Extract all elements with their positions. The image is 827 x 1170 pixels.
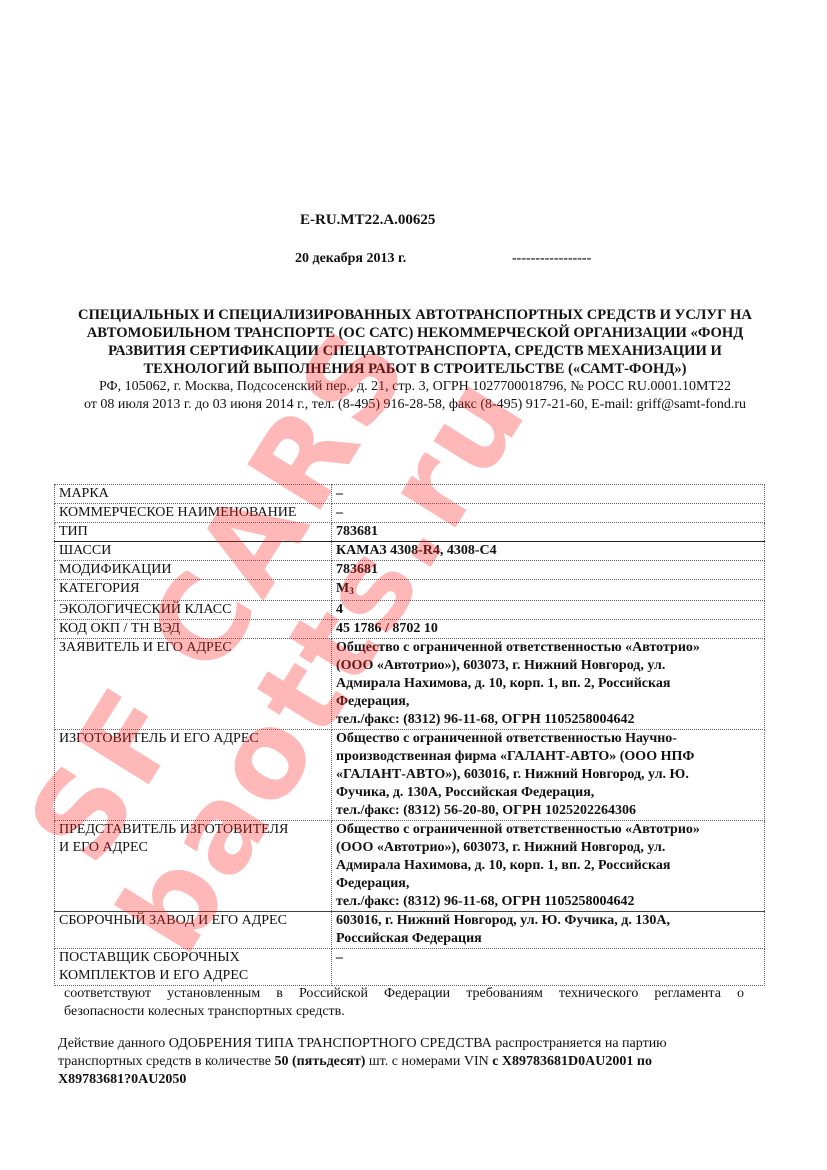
field-value-line: Федерация, — [336, 693, 760, 711]
field-value-line: Общество с ограниченной ответственностью… — [336, 821, 760, 839]
table-row: ЗАЯВИТЕЛЬ И ЕГО АДРЕСОбщество с ограниче… — [55, 639, 765, 730]
document-date: 20 декабря 2013 г. — [295, 251, 406, 267]
field-value: 783681 — [332, 561, 765, 580]
table-row: ШАССИКАМАЗ 4308-R4, 4308-C4 — [55, 542, 765, 561]
field-value-line: Федерация, — [336, 875, 760, 893]
field-value: – — [332, 485, 765, 504]
field-value: M3 — [332, 580, 765, 601]
field-label-line: КОМПЛЕКТОВ И ЕГО АДРЕС — [59, 967, 327, 985]
field-label-line: ТИП — [59, 523, 327, 541]
table-row: ПОСТАВЩИК СБОРОЧНЫХКОМПЛЕКТОВ И ЕГО АДРЕ… — [55, 949, 765, 986]
field-value: 4 — [332, 601, 765, 620]
field-label: МОДИФИКАЦИИ — [55, 561, 332, 580]
field-value-text: 783681 — [336, 524, 378, 539]
field-label: ПРЕДСТАВИТЕЛЬ ИЗГОТОВИТЕЛЯИ ЕГО АДРЕС — [55, 821, 332, 912]
field-value-text: 783681 — [336, 562, 378, 577]
table-row: ТИП783681 — [55, 523, 765, 542]
organization-address: РФ, 105062, г. Москва, Подсосенский пер.… — [20, 378, 810, 396]
organization-title-line: РАЗВИТИЯ СЕРТИФИКАЦИИ СПЕЦАВТОТРАНСПОРТА… — [60, 342, 770, 360]
field-value: 783681 — [332, 523, 765, 542]
field-value-subscript: 3 — [349, 586, 354, 596]
field-value-text: – — [336, 950, 343, 965]
field-value-line: Российская Федерация — [336, 930, 760, 948]
organization-title-line: АВТОМОБИЛЬНОМ ТРАНСПОРТЕ (ОС САТС) НЕКОМ… — [60, 324, 770, 342]
field-value: Общество с ограниченной ответственностью… — [332, 821, 765, 912]
field-value: – — [332, 504, 765, 523]
table-row: КАТЕГОРИЯM3 — [55, 580, 765, 601]
field-value-line: (ООО «Автотрио»), 603073, г. Нижний Новг… — [336, 657, 760, 675]
field-label-line: И ЕГО АДРЕС — [59, 839, 327, 857]
field-label: КАТЕГОРИЯ — [55, 580, 332, 601]
field-label: КОММЕРЧЕСКОЕ НАИМЕНОВАНИЕ — [55, 504, 332, 523]
field-label: ЗАЯВИТЕЛЬ И ЕГО АДРЕС — [55, 639, 332, 730]
conformity-statement: соответствуют установленным в Российской… — [64, 985, 744, 1021]
field-label-line: МАРКА — [59, 485, 327, 503]
document-number: E-RU.MT22.A.00625 — [300, 212, 435, 229]
organization-title: СПЕЦИАЛЬНЫХ И СПЕЦИАЛИЗИРОВАННЫХ АВТОТРА… — [20, 306, 810, 378]
field-value: КАМАЗ 4308-R4, 4308-C4 — [332, 542, 765, 561]
field-label: МАРКА — [55, 485, 332, 504]
field-value-line: тел./факс: (8312) 96-11-68, ОГРН 1105258… — [336, 893, 760, 911]
field-value-text: – — [336, 505, 343, 520]
field-label-line: ШАССИ — [59, 542, 327, 560]
field-label-line: СБОРОЧНЫЙ ЗАВОД И ЕГО АДРЕС — [59, 912, 327, 930]
table-row: СБОРОЧНЫЙ ЗАВОД И ЕГО АДРЕС603016, г. Ни… — [55, 912, 765, 949]
field-value-line: Общество с ограниченной ответственностью… — [336, 639, 760, 657]
field-value-text: КАМАЗ 4308-R4, 4308-C4 — [336, 543, 497, 558]
field-label: ЭКОЛОГИЧЕСКИЙ КЛАСС — [55, 601, 332, 620]
organization-block: СПЕЦИАЛЬНЫХ И СПЕЦИАЛИЗИРОВАННЫХ АВТОТРА… — [20, 306, 810, 414]
field-label: ШАССИ — [55, 542, 332, 561]
field-label: КОД ОКП / ТН ВЭД — [55, 620, 332, 639]
field-value: Общество с ограниченной ответственностью… — [332, 730, 765, 821]
specification-table: МАРКА–КОММЕРЧЕСКОЕ НАИМЕНОВАНИЕ–ТИП78368… — [54, 484, 765, 986]
field-label: СБОРОЧНЫЙ ЗАВОД И ЕГО АДРЕС — [55, 912, 332, 949]
field-value-line: Общество с ограниченной ответственностью… — [336, 730, 760, 748]
vin-range-start: с X89783681D0AU2001 по — [492, 1054, 652, 1069]
table-row: ЭКОЛОГИЧЕСКИЙ КЛАСС4 — [55, 601, 765, 620]
field-label-line: КОД ОКП / ТН ВЭД — [59, 620, 327, 638]
field-label-line: ПРЕДСТАВИТЕЛЬ ИЗГОТОВИТЕЛЯ — [59, 821, 327, 839]
validity-line: Действие данного ОДОБРЕНИЯ ТИПА ТРАНСПОР… — [58, 1035, 758, 1053]
table-row: ИЗГОТОВИТЕЛЬ И ЕГО АДРЕСОбщество с огран… — [55, 730, 765, 821]
field-value-line: (ООО «Автотрио»), 603073, г. Нижний Новг… — [336, 839, 760, 857]
table-row: МОДИФИКАЦИИ783681 — [55, 561, 765, 580]
organization-title-line: ТЕХНОЛОГИЙ ВЫПОЛНЕНИЯ РАБОТ В СТРОИТЕЛЬС… — [60, 360, 770, 378]
field-label: ПОСТАВЩИК СБОРОЧНЫХКОМПЛЕКТОВ И ЕГО АДРЕ… — [55, 949, 332, 986]
conformity-line: соответствуют установленным в Российской… — [64, 985, 744, 1003]
field-value-line: Адмирала Нахимова, д. 10, корп. 1, вп. 2… — [336, 675, 760, 693]
field-label: ТИП — [55, 523, 332, 542]
conformity-line: безопасности колесных транспортных средс… — [64, 1003, 744, 1021]
vehicle-quantity: 50 (пятьдесят) — [275, 1054, 366, 1069]
field-label-line: ПОСТАВЩИК СБОРОЧНЫХ — [59, 949, 327, 967]
table-row: КОММЕРЧЕСКОЕ НАИМЕНОВАНИЕ– — [55, 504, 765, 523]
field-label-line: ИЗГОТОВИТЕЛЬ И ЕГО АДРЕС — [59, 730, 327, 748]
field-value-text: 4 — [336, 602, 343, 617]
field-value-line: Адмирала Нахимова, д. 10, корп. 1, вп. 2… — [336, 857, 760, 875]
field-value: 45 1786 / 8702 10 — [332, 620, 765, 639]
field-label-line: КАТЕГОРИЯ — [59, 580, 327, 598]
field-value: – — [332, 949, 765, 986]
validity-line: транспортных средств в количестве 50 (пя… — [58, 1053, 758, 1071]
field-label: ИЗГОТОВИТЕЛЬ И ЕГО АДРЕС — [55, 730, 332, 821]
date-placeholder-dashes: ----------------- — [512, 251, 591, 267]
field-label-line: ЭКОЛОГИЧЕСКИЙ КЛАСС — [59, 601, 327, 619]
field-label-line: КОММЕРЧЕСКОЕ НАИМЕНОВАНИЕ — [59, 504, 327, 522]
field-value-line: тел./факс: (8312) 96-11-68, ОГРН 1105258… — [336, 711, 760, 729]
field-value-line: тел./факс: (8312) 56-20-80, ОГРН 1025202… — [336, 802, 760, 820]
field-value-line: 603016, г. Нижний Новгород, ул. Ю. Фучик… — [336, 912, 760, 930]
field-value-text: – — [336, 486, 343, 501]
vin-range-end: X89783681?0AU2050 — [58, 1072, 186, 1087]
field-value: Общество с ограниченной ответственностью… — [332, 639, 765, 730]
table-row: МАРКА– — [55, 485, 765, 504]
validity-line: X89783681?0AU2050 — [58, 1071, 758, 1089]
field-label-line: МОДИФИКАЦИИ — [59, 561, 327, 579]
field-value-text: 45 1786 / 8702 10 — [336, 621, 438, 636]
field-label-line: ЗАЯВИТЕЛЬ И ЕГО АДРЕС — [59, 639, 327, 657]
validity-text: транспортных средств в количестве — [58, 1054, 275, 1069]
field-value-line: «ГАЛАНТ-АВТО»), 603016, г. Нижний Новгор… — [336, 766, 760, 784]
organization-title-line: СПЕЦИАЛЬНЫХ И СПЕЦИАЛИЗИРОВАННЫХ АВТОТРА… — [60, 306, 770, 324]
table-row: КОД ОКП / ТН ВЭД45 1786 / 8702 10 — [55, 620, 765, 639]
field-value-line: Фучика, д. 130А, Российская Федерация, — [336, 784, 760, 802]
accreditation-validity: от 08 июля 2013 г. до 03 июня 2014 г., т… — [20, 396, 810, 414]
field-value-line: производственная фирма «ГАЛАНТ-АВТО» (ОО… — [336, 748, 760, 766]
table-row: ПРЕДСТАВИТЕЛЬ ИЗГОТОВИТЕЛЯИ ЕГО АДРЕСОбщ… — [55, 821, 765, 912]
validity-statement: Действие данного ОДОБРЕНИЯ ТИПА ТРАНСПОР… — [58, 1035, 758, 1089]
field-value-text: M — [336, 581, 349, 596]
field-value: 603016, г. Нижний Новгород, ул. Ю. Фучик… — [332, 912, 765, 949]
validity-text: шт. с номерами VIN — [365, 1054, 492, 1069]
